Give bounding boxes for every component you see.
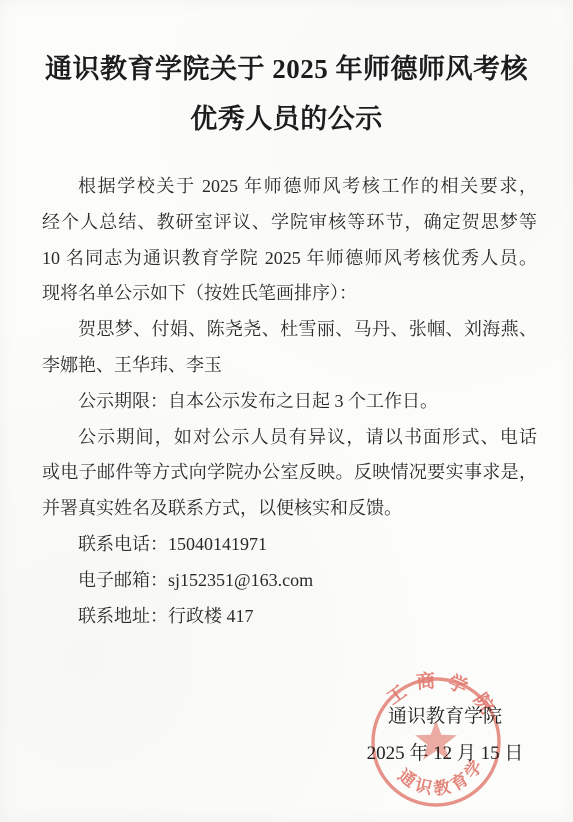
contact-email-line: 电子邮箱：sj152351@163.com <box>42 563 537 599</box>
title-line-2: 优秀人员的公示 <box>0 94 573 144</box>
document-title: 通识教育学院关于 2025 年师德师风考核 优秀人员的公示 <box>0 44 573 144</box>
honoree-names-line: 李娜艳、王华玮、李玉 <box>42 348 537 384</box>
signature-date: 2025 年 12 月 15 日 <box>335 736 555 773</box>
contact-phone-line: 联系电话：15040141971 <box>42 527 537 563</box>
objection-line: 公示期间，如对公示人员有异议，请以书面形式、电话 <box>42 420 537 456</box>
scanned-document-page: 通识教育学院关于 2025 年师德师风考核 优秀人员的公示 根据学校关于 202… <box>0 0 573 822</box>
contact-address-line: 联系地址：行政楼 417 <box>42 599 537 635</box>
title-line-1: 通识教育学院关于 2025 年师德师风考核 <box>0 44 573 94</box>
objection-line: 并署真实姓名及联系方式，以便核实和反馈。 <box>42 491 537 527</box>
signature-org: 通识教育学院 <box>335 699 555 736</box>
objection-line: 或电子邮件等方式向学院办公室反映。反映情况要实事求是， <box>42 455 537 491</box>
honoree-names-line: 贺思梦、付娟、陈尧尧、杜雪丽、马丹、张帼、刘海燕、 <box>42 312 537 348</box>
publicity-period-line: 公示期限：自本公示发布之日起 3 个工作日。 <box>42 384 537 420</box>
signature-block: 通识教育学院 2025 年 12 月 15 日 <box>335 699 555 772</box>
document-body: 根据学校关于 2025 年师德师风考核工作的相关要求， 经个人总结、教研室评议、… <box>42 169 537 634</box>
paragraph-line: 经个人总结、教研室评议、学院审核等环节，确定贺思梦等 <box>42 205 537 241</box>
paragraph-line: 现将名单公示如下（按姓氏笔画排序）： <box>42 276 537 312</box>
paragraph-line: 根据学校关于 2025 年师德师风考核工作的相关要求， <box>42 169 537 205</box>
paragraph-line: 10 名同志为通识教育学院 2025 年师德师风考核优秀人员。 <box>42 241 537 277</box>
